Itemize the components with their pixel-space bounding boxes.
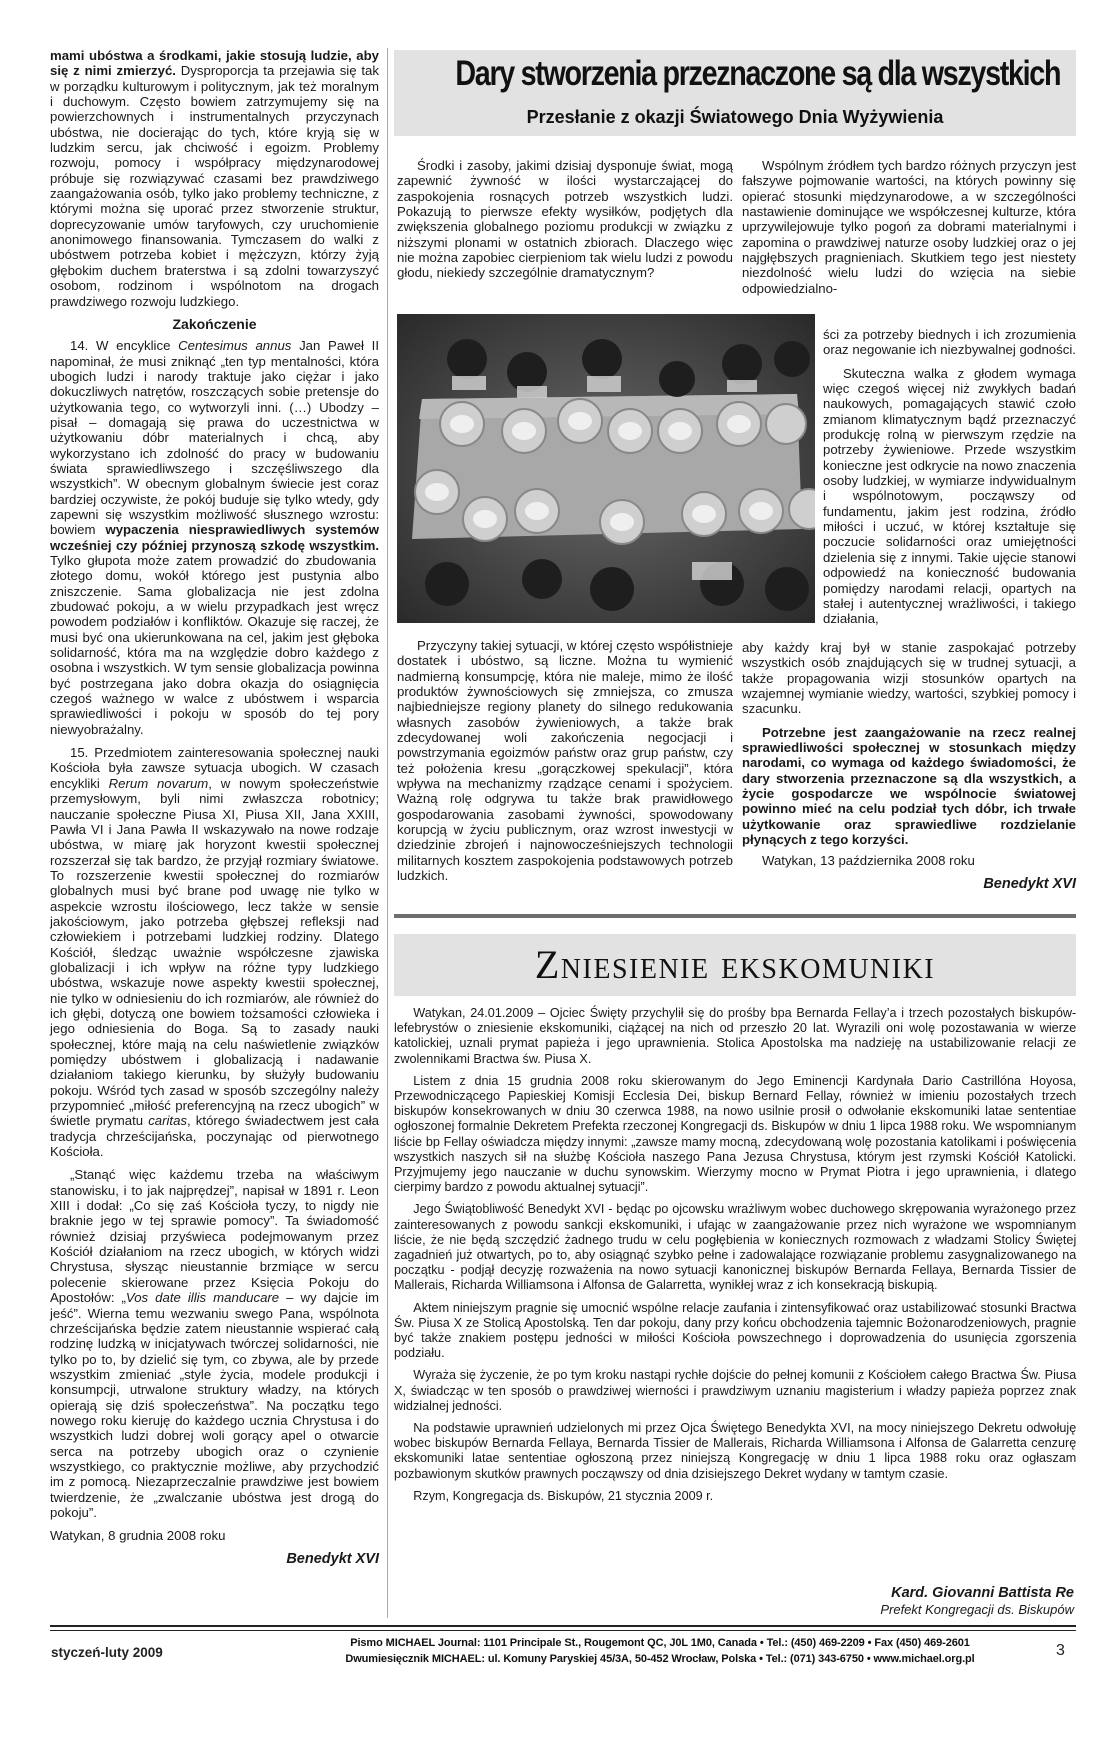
bold-conclusion-paragraph: Potrzebne jest zaangażowanie na rzecz re… (742, 725, 1076, 848)
letter-signature: Benedykt XVI (50, 1552, 379, 1567)
article-subtitle: Przesłanie z okazji Światowego Dnia Wyży… (394, 106, 1076, 128)
page-number: 3 (1056, 1642, 1065, 1660)
article-column-2-wrap: ści za potrzeby biednych i ich zrozumien… (823, 327, 1076, 627)
publisher-line-canada: Pismo MICHAEL Journal: 1101 Principale S… (300, 1636, 1020, 1652)
article-2-title: Zniesienie ekskomuniki (394, 942, 1076, 988)
issue-date: styczeń-luty 2009 (51, 1645, 163, 1660)
decree-signature: Kard. Giovanni Battista Re Prefekt Kongr… (700, 1585, 1074, 1618)
paragraph: Wspólnym źródłem tych bardzo różnych prz… (742, 158, 1076, 296)
article-2-body: Watykan, 24.01.2009 – Ojciec Święty przy… (394, 1005, 1076, 1510)
paragraph-16: „Stanąć więc każdemu trzeba na właściwym… (50, 1167, 379, 1520)
paragraph: Aktem niniejszym pragnie się umocnić wsp… (394, 1300, 1076, 1361)
intro-text: Dysproporcja ta przejawia się tak w porz… (50, 63, 379, 308)
paragraph: Środki i zasoby, jakimi dzisiaj dysponuj… (397, 158, 733, 281)
article-date: Watykan, 13 października 2008 roku (742, 853, 1076, 868)
footer-rule (50, 1630, 1076, 1631)
section-divider (394, 914, 1076, 918)
paragraph-15: 15. Przedmiotem zainteresowania społeczn… (50, 745, 379, 1159)
decree-place-date: Rzym, Kongregacja ds. Biskupów, 21 stycz… (394, 1488, 1076, 1503)
paragraph-continued: aby każdy kraj był w stanie zaspokajać p… (742, 640, 1076, 717)
article-photo (397, 314, 815, 623)
newspaper-page: mami ubóstwa a środkami, jakie stosują l… (0, 0, 1118, 1751)
footer-rule (50, 1625, 1076, 1627)
letter-date: Watykan, 8 grudnia 2008 roku (50, 1528, 379, 1543)
paragraph: Watykan, 24.01.2009 – Ojciec Święty przy… (394, 1005, 1076, 1066)
article-column-1-bottom: Przyczyny takiej sytuacji, w której częs… (397, 638, 733, 884)
article-signature: Benedykt XVI (742, 877, 1076, 892)
article-column-1-top: Środki i zasoby, jakimi dzisiaj dysponuj… (397, 158, 733, 281)
signature-name: Kard. Giovanni Battista Re (700, 1585, 1074, 1602)
paragraph: Wyraża się życzenie, że po tym kroku nas… (394, 1367, 1076, 1413)
article-column-2-top: Wspólnym źródłem tych bardzo różnych prz… (742, 158, 1076, 296)
text: „Stanąć więc każdemu trzeba na właściwym… (50, 1167, 379, 1305)
section-heading: Zakończenie (50, 317, 379, 332)
publisher-info: Pismo MICHAEL Journal: 1101 Principale S… (300, 1636, 1020, 1667)
text: , w nowym społeczeństwie przemysłowym, b… (50, 776, 379, 1129)
italic-text: caritas (148, 1113, 187, 1128)
italic-text: Centesimus annus (178, 338, 291, 353)
text: Tylko głupota może zatem prowadzić do zb… (50, 553, 379, 737)
paragraph: Listem z dnia 15 grudnia 2008 roku skier… (394, 1073, 1076, 1195)
column-divider (387, 48, 388, 1618)
article-header: Dary stworzenia przeznaczone są dla wszy… (394, 50, 1076, 136)
italic-text: Vos date illis manducare (126, 1290, 279, 1305)
paragraph: Skuteczna walka z głodem wymaga więc cze… (823, 366, 1076, 627)
paragraph: Na podstawie uprawnień udzielonych mi pr… (394, 1420, 1076, 1481)
italic-text: Rerum novarum (109, 776, 209, 791)
publisher-line-poland: Dwumiesięcznik MICHAEL: ul. Komuny Parys… (300, 1652, 1020, 1668)
article-2-header: Zniesienie ekskomuniki (394, 934, 1076, 996)
left-column-article: mami ubóstwa a środkami, jakie stosują l… (50, 48, 379, 1567)
intro-paragraph: mami ubóstwa a środkami, jakie stosują l… (50, 48, 379, 309)
paragraph: Przyczyny takiej sytuacji, w której częs… (397, 638, 733, 884)
article-column-2-bottom: aby każdy kraj był w stanie zaspokajać p… (742, 640, 1076, 892)
paragraph-14: 14. W encyklice Centesimus annus Jan Paw… (50, 338, 379, 737)
paragraph: Jego Świątobliwość Benedykt XVI - będąc … (394, 1201, 1076, 1292)
text: Jan Paweł II napominał, że musi zniknąć … (50, 338, 379, 537)
text: – wy dajcie im jeść”. Wierna temu wezwan… (50, 1290, 379, 1520)
children-eating-photo-icon (397, 314, 815, 623)
paragraph-continued: ści za potrzeby biednych i ich zrozumien… (823, 327, 1076, 358)
article-title: Dary stworzenia przeznaczone są dla wszy… (455, 52, 1014, 96)
text: 14. W encyklice (70, 338, 178, 353)
signature-role: Prefekt Kongregacji ds. Biskupów (700, 1602, 1074, 1618)
